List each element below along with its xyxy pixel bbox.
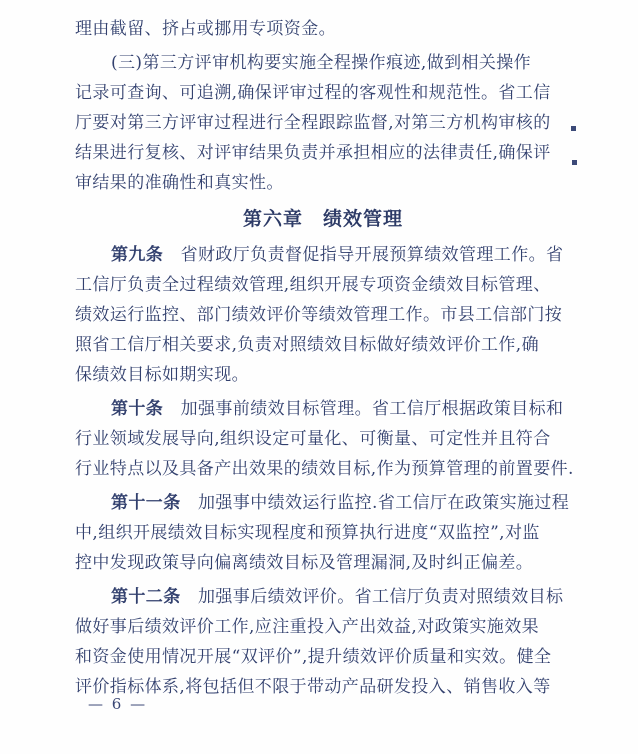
- text-line: 厅要对第三方评审过程进行全程跟踪监督,对第三方机构审核的: [75, 108, 571, 138]
- line-text: 记录可查询、可追溯,确保评审过程的客观性和规范性。省工信: [75, 83, 551, 103]
- line-text: 行业领域发展导向,组织设定可量化、可衡量、可定性并且符合: [75, 429, 551, 449]
- line-text: 加强事前绩效目标管理。省工信厅根据政策目标和: [163, 399, 563, 419]
- text-line: 记录可查询、可追溯,确保评审过程的客观性和规范性。省工信: [75, 78, 571, 108]
- text-line: 控中发现政策导向偏离绩效目标及管理漏洞,及时纠正偏差。: [75, 548, 571, 578]
- line-text: 结果进行复核、对评审结果负责并承担相应的法律责任,确保评: [75, 143, 551, 163]
- line-text: (三)第三方评审机构要实施全程操作痕迹,做到相关操作: [111, 53, 531, 73]
- text-line: 绩效运行监控、部门绩效评价等绩效管理工作。市县工信部门按: [75, 300, 571, 330]
- text-line: 行业特点以及具备产出效果的绩效目标,作为预算管理的前置要件.: [75, 454, 571, 484]
- text-line: 第九条 省财政厅负责督促指导开展预算绩效管理工作。省: [75, 240, 571, 270]
- document-body: 理由截留、挤占或挪用专项资金。 (三)第三方评审机构要实施全程操作痕迹,做到相关…: [75, 14, 571, 702]
- text-line: 第十二条 加强事后绩效评价。省工信厅负责对照绩效目标: [75, 582, 571, 612]
- line-text: 行业特点以及具备产出效果的绩效目标,作为预算管理的前置要件.: [75, 459, 574, 479]
- line-text: 保绩效目标如期实现。: [75, 365, 249, 385]
- text-line: 照省工信厅相关要求,负责对照绩效目标做好绩效评价工作,确: [75, 330, 571, 360]
- text-line: 中,组织开展绩效目标实现程度和预算执行进度“双监控”,对监: [75, 518, 571, 548]
- line-text: 加强事后绩效评价。省工信厅负责对照绩效目标: [181, 587, 564, 607]
- chapter-heading: 第六章 绩效管理: [75, 204, 571, 234]
- text-line: 做好事后绩效评价工作,应注重投入产出效益,对政策实施效果: [75, 612, 571, 642]
- text-line: (三)第三方评审机构要实施全程操作痕迹,做到相关操作: [75, 48, 571, 78]
- text-line: 和资金使用情况开展“双评价”,提升绩效评价质量和实效。健全: [75, 642, 571, 672]
- line-text: 照省工信厅相关要求,负责对照绩效目标做好绩效评价工作,确: [75, 335, 539, 355]
- text-line: 结果进行复核、对评审结果负责并承担相应的法律责任,确保评: [75, 138, 571, 168]
- stray-ink-dot: [572, 160, 577, 165]
- stray-ink-dot: [571, 126, 576, 131]
- document-page: 理由截留、挤占或挪用专项资金。 (三)第三方评审机构要实施全程操作痕迹,做到相关…: [0, 0, 638, 754]
- line-text: 审结果的准确性和真实性。: [75, 173, 284, 193]
- line-text: 省财政厅负责督促指导开展预算绩效管理工作。省: [163, 245, 563, 265]
- text-line: 保绩效目标如期实现。: [75, 360, 571, 390]
- line-text: 加强事中绩效运行监控.省工信厅在政策实施过程: [181, 493, 570, 513]
- line-text: 做好事后绩效评价工作,应注重投入产出效益,对政策实施效果: [75, 617, 539, 637]
- line-text: 工信厅负责全过程绩效管理,组织开展专项资金绩效目标管理、: [75, 275, 551, 295]
- text-line: 第十条 加强事前绩效目标管理。省工信厅根据政策目标和: [75, 394, 571, 424]
- text-line: 理由截留、挤占或挪用专项资金。: [75, 14, 571, 44]
- line-text: 评价指标体系,将包括但不限于带动产品研发投入、销售收入等: [75, 677, 551, 697]
- article-number: 第十一条: [111, 493, 181, 513]
- text-line: 第十一条 加强事中绩效运行监控.省工信厅在政策实施过程: [75, 488, 571, 518]
- text-line: 工信厅负责全过程绩效管理,组织开展专项资金绩效目标管理、: [75, 270, 571, 300]
- line-text: 理由截留、挤占或挪用专项资金。: [75, 19, 336, 39]
- line-text: 和资金使用情况开展“双评价”,提升绩效评价质量和实效。健全: [75, 647, 551, 667]
- text-line: 审结果的准确性和真实性。: [75, 168, 571, 198]
- article-number: 第十条: [111, 399, 163, 419]
- page-number: — 6 —: [88, 695, 147, 713]
- text-line: 评价指标体系,将包括但不限于带动产品研发投入、销售收入等: [75, 672, 571, 702]
- line-text: 中,组织开展绩效目标实现程度和预算执行进度“双监控”,对监: [75, 523, 540, 543]
- article-number: 第十二条: [111, 587, 181, 607]
- text-line: 行业领域发展导向,组织设定可量化、可衡量、可定性并且符合: [75, 424, 571, 454]
- line-text: 厅要对第三方评审过程进行全程跟踪监督,对第三方机构审核的: [75, 113, 551, 133]
- line-text: 绩效运行监控、部门绩效评价等绩效管理工作。市县工信部门按: [75, 305, 562, 325]
- line-text: 控中发现政策导向偏离绩效目标及管理漏洞,及时纠正偏差。: [75, 553, 533, 573]
- article-number: 第九条: [111, 245, 163, 265]
